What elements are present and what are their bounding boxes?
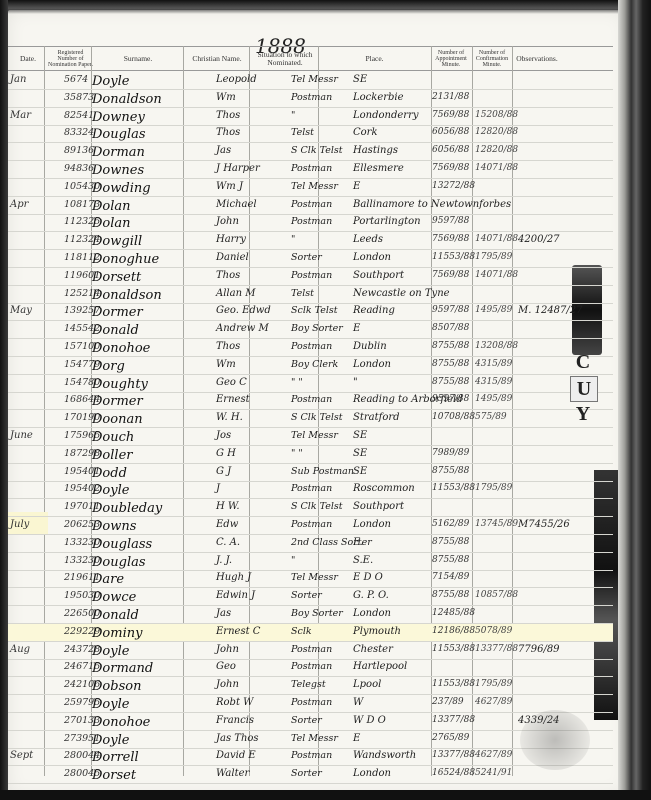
table-row: 195401DoddG JSub PostmanSE8755/88	[8, 464, 613, 482]
cell-situation: Sorter	[291, 715, 322, 726]
cell-christian: Jas	[216, 145, 231, 156]
cell-appointment: 237/89	[432, 697, 464, 707]
cell-surname: Dorrell	[92, 750, 139, 765]
cell-place: Hastings	[353, 145, 398, 156]
cell-situation: Tel Messr	[291, 733, 338, 744]
cell-place: London	[353, 519, 391, 530]
cell-place: Dublin	[353, 341, 387, 352]
cell-appointment: 7989/89	[432, 448, 469, 458]
cell-date: June	[10, 430, 33, 441]
table-row: Jan5674DoyleLeopoldTel MessrSE	[8, 72, 613, 90]
cell-situation: Telst	[291, 288, 314, 299]
table-row: Aug243728DoyleJohnPostmanChester11553/88…	[8, 642, 613, 660]
cell-date: Jan	[10, 74, 26, 85]
cell-situation: Tel Messr	[291, 74, 338, 85]
index-tab-y[interactable]: Y	[570, 402, 596, 426]
cell-surname: Donoghue	[92, 252, 159, 267]
cell-surname: Doughty	[92, 377, 148, 392]
cell-christian: Geo. Edwd	[216, 305, 271, 316]
cell-christian: Wm	[216, 92, 236, 103]
cell-appointment: 5162/89	[432, 519, 469, 529]
cell-situation: Tel Messr	[291, 430, 338, 441]
cell-date: Mar	[10, 110, 31, 121]
cell-christian: Ernest C	[216, 626, 260, 637]
cell-situation: " "	[291, 448, 303, 459]
table-row: 168644DormerErnestPostmanReading to Arbo…	[8, 392, 613, 410]
cell-surname: Dowce	[92, 590, 136, 605]
cell-date: Apr	[10, 199, 28, 210]
cell-situation: S Clk Telst	[291, 145, 343, 156]
cell-christian: J. J.	[216, 555, 232, 566]
row-rule	[8, 783, 613, 784]
table-row: 125214DonaldsonAllan MTelstNewcastle on …	[8, 286, 613, 304]
cell-appointment: 8755/88	[432, 359, 469, 369]
table-row: 246715DormandGeoPostmanHartlepool	[8, 659, 613, 677]
cell-appointment: 7154/89	[432, 572, 469, 582]
cell-appointment: 9597/88	[432, 216, 469, 226]
cell-surname: Donald	[92, 608, 139, 623]
cell-christian: Michael	[216, 199, 257, 210]
cell-situation: Telst	[291, 127, 314, 138]
cell-surname: Doyle	[92, 697, 129, 712]
cell-place: Roscommon	[353, 483, 415, 494]
cell-confirmation: 12820/88	[475, 127, 518, 137]
cell-surname: Dormand	[92, 661, 153, 676]
cell-surname: Dare	[92, 572, 124, 587]
cell-surname: Downs	[92, 519, 136, 534]
table-row: 197011DoubledayH W.S Clk TelstSouthport	[8, 499, 613, 517]
table-row: 187298DollerG H" "SE7989/89	[8, 446, 613, 464]
cell-place: London	[353, 608, 391, 619]
cell-surname: Dolan	[92, 216, 131, 231]
cell-appointment: 2131/88	[432, 92, 469, 102]
table-row: 219611DareHugh JTel MessrE D O7154/89	[8, 570, 613, 588]
cell-surname: Donohoe	[92, 341, 150, 356]
table-row: 89136DormanJasS Clk TelstHastings6056/88…	[8, 143, 613, 161]
cell-christian: Francis	[216, 715, 254, 726]
cell-surname: Donohoe	[92, 715, 150, 730]
cell-place: Stratford	[353, 412, 400, 423]
cell-christian: G H	[216, 448, 236, 459]
cell-appointment: 8755/88	[432, 377, 469, 387]
cell-surname: Dormer	[92, 305, 143, 320]
cell-observations: M7455/26	[518, 519, 570, 530]
cell-situation: Boy Sorter	[291, 608, 343, 619]
table-row: 195402DoyleJPostmanRoscommon11553/881795…	[8, 481, 613, 499]
cell-place: Southport	[353, 501, 404, 512]
cell-surname: Dolan	[92, 199, 131, 214]
cell-place: Hartlepool	[353, 661, 407, 672]
cell-christian: Jas	[216, 608, 231, 619]
cell-appointment: 9597/88	[432, 305, 469, 315]
cell-christian: Wm J	[216, 181, 243, 192]
cell-place: London	[353, 252, 391, 263]
cell-place: SE	[353, 466, 367, 477]
cell-surname: Dominy	[92, 626, 142, 641]
cell-number: 82541	[64, 110, 94, 121]
table-row: Apr108173DolanMichaelPostmanBallinamore …	[8, 197, 613, 215]
cell-place: S.E.	[353, 555, 373, 566]
cell-appointment: 11553/88	[432, 644, 475, 654]
table-row: 226500DonaldJasBoy SorterLondon12485/88	[8, 606, 613, 624]
table-row: 154779DorgWmBoy ClerkLondon8755/884315/8…	[8, 357, 613, 375]
cell-surname: Dorset	[92, 768, 136, 783]
table-row: 105430DowdingWm JTel MessrE13272/88	[8, 179, 613, 197]
cell-situation: Sorter	[291, 252, 322, 263]
cell-confirmation: 575/89	[475, 412, 507, 422]
cell-confirmation: 12820/88	[475, 145, 518, 155]
cell-christian: Thos	[216, 110, 240, 121]
cell-christian: Daniel	[216, 252, 249, 263]
cell-number: 5674	[64, 74, 88, 85]
cell-surname: Donaldson	[92, 288, 162, 303]
cell-confirmation: 10857/88	[475, 590, 518, 600]
cell-place: Portarlington	[353, 216, 421, 227]
cell-number: 89136	[64, 145, 94, 156]
cell-place: E	[353, 733, 360, 744]
cell-situation: Sub Postman	[291, 466, 354, 477]
cell-surname: Dobson	[92, 679, 141, 694]
table-row: Mar82541DowneyThos"Londonderry7569/88152…	[8, 108, 613, 126]
cell-situation: Postman	[291, 483, 332, 494]
table-row: May139257DormerGeo. EdwdSclk TelstReadin…	[8, 303, 613, 321]
cell-appointment: 10708/88	[432, 412, 475, 422]
cell-place: Chester	[353, 644, 393, 655]
table-row: 83324DouglasThosTelstCork6056/8812820/88	[8, 125, 613, 143]
cell-surname: Dorg	[92, 359, 125, 374]
cell-confirmation: 13208/88	[475, 341, 518, 351]
cell-place: Newcastle on Tyne	[353, 288, 450, 299]
cell-christian: John	[216, 679, 239, 690]
cell-christian: Hugh J	[216, 572, 251, 583]
cell-place: Ballinamore to Newtownforbes	[353, 199, 511, 210]
cell-confirmation: 1495/89	[475, 305, 512, 315]
cell-christian: John	[216, 644, 239, 655]
cell-appointment: 12485/88	[432, 608, 475, 618]
cell-place: London	[353, 768, 391, 779]
table-row: 170190DoonanW. H.S Clk TelstStratford107…	[8, 410, 613, 428]
cell-surname: Dorsett	[92, 270, 141, 285]
cell-number: 35873	[64, 92, 94, 103]
cell-christian: Wm	[216, 359, 236, 370]
cell-christian: Walter	[216, 768, 249, 779]
cell-christian: Robt W	[216, 697, 253, 708]
cell-situation: " "	[291, 377, 303, 388]
cell-date: Sept	[10, 750, 33, 761]
table-row: 133230DouglasJ. J."S.E.8755/88	[8, 553, 613, 571]
cell-appointment: 6056/88	[432, 145, 469, 155]
cell-surname: Doyle	[92, 74, 129, 89]
cell-situation: Postman	[291, 697, 332, 708]
cell-surname: Downey	[92, 110, 145, 125]
cell-christian: Leopold	[216, 74, 257, 85]
cell-christian: Jas Thos	[216, 733, 259, 744]
cell-surname: Doubleday	[92, 501, 162, 516]
cell-christian: Thos	[216, 341, 240, 352]
table-row: 133230DouglassC. A.2nd Class SorterE.875…	[8, 535, 613, 553]
cell-place: Leeds	[353, 234, 383, 245]
cell-christian: David E	[216, 750, 256, 761]
cell-place: E D O	[353, 572, 383, 583]
table-row: June175965DouchJosTel MessrSE	[8, 428, 613, 446]
cell-place: Lpool	[353, 679, 381, 690]
cell-christian: Geo	[216, 661, 236, 672]
cell-christian: J Harper	[216, 163, 260, 174]
cell-situation: Sclk	[291, 626, 312, 637]
cell-appointment: 8755/88	[432, 555, 469, 565]
ledger-rows: Jan5674DoyleLeopoldTel MessrSE35873Donal…	[0, 0, 651, 800]
table-row: 229229DominyErnest CSclkPlymouth12186/88…	[8, 624, 613, 642]
cell-observations: 7796/89	[518, 644, 560, 655]
cell-confirmation: 14071/88	[475, 234, 518, 244]
cell-appointment: 7569/88	[432, 110, 469, 120]
cell-place: SE	[353, 74, 367, 85]
table-row: 145542DonaldAndrew MBoy SorterE8507/88	[8, 321, 613, 339]
cell-confirmation: 1495/89	[475, 394, 512, 404]
cell-appointment: 7569/88	[432, 163, 469, 173]
table-row: 94836DownesJ HarperPostmanEllesmere7569/…	[8, 161, 613, 179]
cell-surname: Dowding	[92, 181, 151, 196]
cell-christian: Harry	[216, 234, 246, 245]
cell-christian: W. H.	[216, 412, 243, 423]
cell-confirmation: 1795/89	[475, 483, 512, 493]
cell-date: May	[10, 305, 32, 316]
cell-place: "	[353, 377, 358, 388]
cell-situation: Postman	[291, 394, 332, 405]
cell-christian: Edw	[216, 519, 238, 530]
cell-appointment: 13377/88	[432, 715, 475, 725]
cell-confirmation: 4627/89	[475, 750, 512, 760]
cell-surname: Doyle	[92, 483, 129, 498]
cell-christian: Andrew M	[216, 323, 269, 334]
cell-confirmation: 4627/89	[475, 697, 512, 707]
index-tab-u[interactable]: U	[570, 376, 598, 402]
cell-confirmation: 5078/89	[475, 626, 512, 636]
cell-surname: Dormer	[92, 394, 143, 409]
table-row: 242106DobsonJohnTelegstLpool11553/881795…	[8, 677, 613, 695]
cell-surname: Douglass	[92, 537, 152, 552]
table-row: 35873DonaldsonWmPostmanLockerbie2131/88	[8, 90, 613, 108]
cell-appointment: 11553/88	[432, 679, 475, 689]
cell-situation: Postman	[291, 661, 332, 672]
table-row: 195030DowceEdwin JSorterG. P. O.8755/881…	[8, 588, 613, 606]
cell-number: 83324	[64, 127, 94, 138]
cell-situation: Sclk Telst	[291, 305, 338, 316]
cell-surname: Douglas	[92, 127, 146, 142]
cell-situation: Postman	[291, 216, 332, 227]
cell-situation: Tel Messr	[291, 181, 338, 192]
cell-situation: Postman	[291, 341, 332, 352]
cell-surname: Douglas	[92, 555, 146, 570]
cell-appointment: 12186/88	[432, 626, 475, 636]
cell-christian: John	[216, 216, 239, 227]
cell-place: Reading	[353, 305, 395, 316]
cell-situation: Postman	[291, 92, 332, 103]
cell-confirmation: 13377/88	[475, 644, 518, 654]
cell-christian: Ernest	[216, 394, 250, 405]
cell-confirmation: 4315/89	[475, 359, 512, 369]
cell-christian: Allan M	[216, 288, 255, 299]
table-row: 118112DonoghueDanielSorterLondon11553/88…	[8, 250, 613, 268]
table-row: 280045DorsetWalterSorterLondon16524/8852…	[8, 766, 613, 784]
cell-situation: Postman	[291, 750, 332, 761]
cell-situation: "	[291, 110, 295, 121]
cell-christian: J	[216, 483, 220, 494]
table-row: 112324DowgillHarry"Leeds7569/8814071/884…	[8, 232, 613, 250]
cell-place: London	[353, 359, 391, 370]
cell-appointment: 8755/88	[432, 537, 469, 547]
cell-situation: Postman	[291, 519, 332, 530]
cell-christian: G J	[216, 466, 231, 477]
cell-place: Southport	[353, 270, 404, 281]
cell-appointment: 16524/88	[432, 768, 475, 778]
cell-situation: S Clk Telst	[291, 412, 343, 423]
cell-observations: 4200/27	[518, 234, 560, 245]
cell-appointment: 8755/88	[432, 341, 469, 351]
cell-situation: Postman	[291, 270, 332, 281]
cell-situation: Tel Messr	[291, 572, 338, 583]
table-row: 112325DolanJohnPostmanPortarlington9597/…	[8, 214, 613, 232]
cell-christian: Geo C	[216, 377, 247, 388]
cell-situation: "	[291, 234, 295, 245]
cell-christian: C. A.	[216, 537, 240, 548]
cell-confirmation: 1795/89	[475, 679, 512, 689]
cell-surname: Doyle	[92, 733, 129, 748]
cell-confirmation: 15208/88	[475, 110, 518, 120]
cell-confirmation: 5241/91	[475, 768, 512, 778]
cell-appointment: 6056/88	[432, 127, 469, 137]
cell-situation: Sorter	[291, 590, 322, 601]
cell-surname: Doller	[92, 448, 132, 463]
cell-place: E	[353, 181, 360, 192]
cell-situation: Telegst	[291, 679, 326, 690]
cell-place: SE	[353, 448, 367, 459]
cell-place: Plymouth	[353, 626, 401, 637]
table-row: 157100DonohoeThosPostmanDublin8755/88132…	[8, 339, 613, 357]
table-row: July206253DownsEdwPostmanLondon5162/8913…	[8, 517, 613, 535]
cell-confirmation: 14071/88	[475, 163, 518, 173]
cell-place: SE	[353, 430, 367, 441]
cell-confirmation: 13745/89	[475, 519, 518, 529]
cell-surname: Downes	[92, 163, 144, 178]
cell-situation: S Clk Telst	[291, 501, 343, 512]
cell-christian: Thos	[216, 127, 240, 138]
cell-situation: Postman	[291, 163, 332, 174]
table-row: 154780DoughtyGeo C" ""8755/884315/89	[8, 375, 613, 393]
cell-number: 94836	[64, 163, 94, 174]
cell-place: Londonderry	[353, 110, 419, 121]
cell-situation: Postman	[291, 644, 332, 655]
cell-appointment: 13272/88	[432, 181, 475, 191]
cell-date: July	[10, 519, 29, 530]
cell-place: Wandsworth	[353, 750, 416, 761]
cell-surname: Dodd	[92, 466, 127, 481]
cell-appointment: 8507/88	[432, 323, 469, 333]
cell-situation: Boy Clerk	[291, 359, 338, 370]
cell-place: Lockerbie	[353, 92, 404, 103]
cell-appointment: 7569/88	[432, 270, 469, 280]
cell-appointment: 7569/88	[432, 234, 469, 244]
cell-appointment: 8755/88	[432, 466, 469, 476]
cell-surname: Dorman	[92, 145, 145, 160]
cell-surname: Donald	[92, 323, 139, 338]
cell-observations: M. 12487/27	[518, 305, 583, 316]
cell-confirmation: 1795/89	[475, 252, 512, 262]
cell-appointment: 13377/88	[432, 750, 475, 760]
cell-confirmation: 14071/88	[475, 270, 518, 280]
cell-appointment: 11553/88	[432, 252, 475, 262]
cell-place: Cork	[353, 127, 378, 138]
cell-situation: Boy Sorter	[291, 323, 343, 334]
index-tab-c[interactable]: C	[570, 350, 596, 374]
cell-surname: Donaldson	[92, 92, 162, 107]
table-row: 259795DoyleRobt WPostmanW237/894627/89	[8, 695, 613, 713]
cell-appointment: 9597/88	[432, 394, 469, 404]
cell-appointment: 2765/89	[432, 733, 469, 743]
cell-surname: Doonan	[92, 412, 143, 427]
ink-smudge	[520, 710, 590, 770]
cell-christian: Jos	[216, 430, 231, 441]
cell-situation: "	[291, 555, 295, 566]
cell-christian: Thos	[216, 270, 240, 281]
cell-appointment: 11553/88	[432, 483, 475, 493]
cell-place: Ellesmere	[353, 163, 404, 174]
cell-date: Aug	[10, 644, 30, 655]
cell-surname: Doyle	[92, 644, 129, 659]
cell-christian: H W.	[216, 501, 240, 512]
cell-situation: Sorter	[291, 768, 322, 779]
cell-situation: Postman	[291, 199, 332, 210]
cell-appointment: 8755/88	[432, 590, 469, 600]
cell-confirmation: 4315/89	[475, 377, 512, 387]
cell-surname: Douch	[92, 430, 134, 445]
cell-place: E	[353, 323, 360, 334]
cell-place: E.	[353, 537, 363, 548]
table-row: 119601DorsettThosPostmanSouthport7569/88…	[8, 268, 613, 286]
cell-surname: Dowgill	[92, 234, 142, 249]
cell-place: W D O	[353, 715, 386, 726]
cell-christian: Edwin J	[216, 590, 255, 601]
cell-place: W	[353, 697, 363, 708]
cell-place: G. P. O.	[353, 590, 389, 601]
